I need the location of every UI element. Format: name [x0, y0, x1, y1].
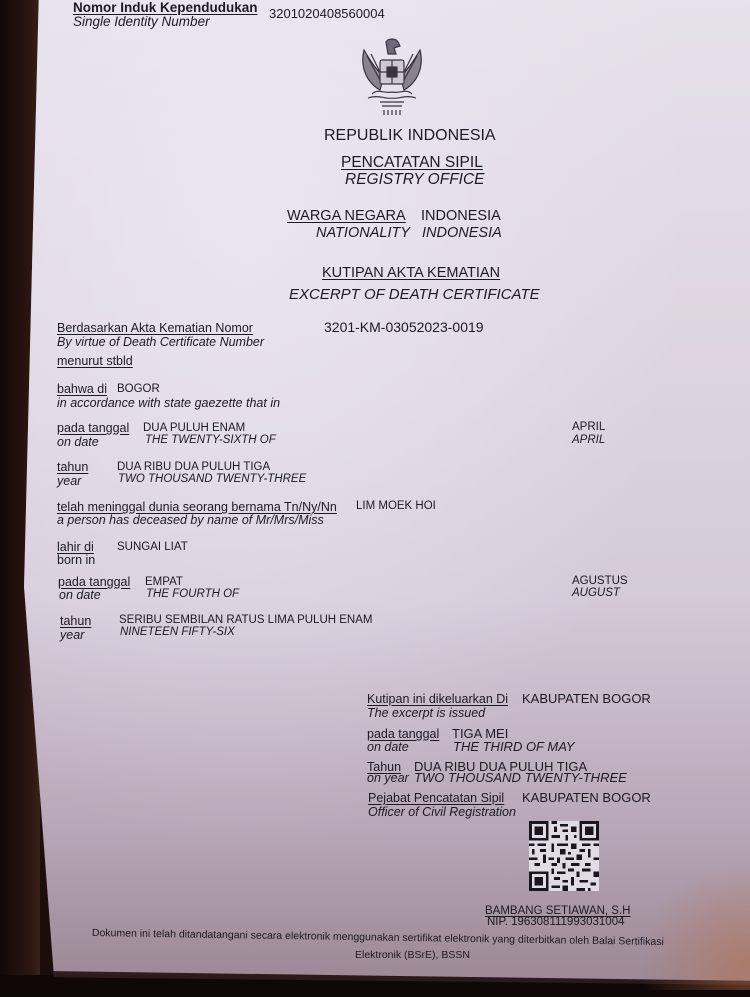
place-value: BOGOR — [117, 384, 160, 396]
birthplace-value: SUNGAI LIAT — [117, 542, 188, 554]
issued-label-en: The excerpt is issued — [367, 707, 485, 720]
birth-date-label: pada tanggal — [58, 576, 130, 589]
footer-esign-note-line2: Elektronik (BSrE), BSSN — [355, 950, 470, 961]
nik-label-en: Single Identity Number — [73, 15, 210, 29]
officer-value: KABUPATEN BOGOR — [522, 791, 651, 804]
office-title-en: REGISTRY OFFICE — [345, 172, 485, 188]
nationality-label: WARGA NEGARA — [287, 209, 406, 224]
issue-year-label-en: on year — [367, 772, 409, 785]
death-year-value: DUA RIBU DUA PULUH TIGA — [117, 462, 270, 474]
death-date-label: pada tanggal — [57, 422, 129, 435]
certificate-paper — [24, 0, 750, 981]
death-month-value-en: APRIL — [572, 435, 605, 447]
cert-number-label: Berdasarkan Akta Kematian Nomor — [57, 322, 253, 335]
birth-month-value: AGUSTUS — [572, 576, 628, 588]
document-title: KUTIPAN AKTA KEMATIAN — [322, 266, 500, 281]
garuda-pancasila-emblem-icon — [358, 36, 426, 118]
deceased-name-label: telah meninggal dunia seorang bernama Tn… — [57, 501, 337, 514]
cert-number-label-en: By virtue of Death Certificate Number — [57, 336, 264, 349]
country-title: REPUBLIK INDONESIA — [324, 128, 496, 144]
place-label: bahwa di — [57, 383, 107, 396]
nik-label: Nomor Induk Kependudukan — [73, 1, 258, 15]
birth-date-label-en: on date — [59, 589, 101, 602]
signer-nip: NIP. 196308111993031004 — [487, 917, 625, 929]
nik-value: 3201020408560004 — [269, 7, 385, 20]
officer-label-en: Officer of Civil Registration — [368, 806, 516, 819]
birthplace-label: lahir di — [57, 541, 94, 554]
issued-value: KABUPATEN BOGOR — [522, 692, 651, 705]
issued-label: Kutipan ini dikeluarkan Di — [367, 693, 508, 706]
birth-day-value-en: THE FOURTH OF — [146, 589, 239, 601]
birth-year-value: SERIBU SEMBILAN RATUS LIMA PULUH ENAM — [119, 615, 372, 627]
issue-year-value-en: TWO THOUSAND TWENTY-THREE — [414, 771, 627, 784]
death-year-value-en: TWO THOUSAND TWENTY-THREE — [118, 474, 306, 486]
birth-year-value-en: NINETEEN FIFTY-SIX — [120, 627, 235, 639]
deceased-name-value: LIM MOEK HOI — [356, 501, 436, 513]
issue-date-label-en: on date — [367, 741, 409, 754]
office-title: PENCATATAN SIPIL — [341, 155, 483, 171]
qr-code-icon — [527, 821, 601, 891]
cert-number-value: 3201-KM-03052023-0019 — [324, 320, 484, 334]
document-title-en: EXCERPT OF DEATH CERTIFICATE — [289, 287, 540, 302]
issue-date-value-en: THE THIRD OF MAY — [453, 740, 575, 753]
death-day-value: DUA PULUH ENAM — [143, 423, 245, 435]
nationality-value-en: INDONESIA — [422, 226, 502, 241]
death-year-label: tahun — [57, 461, 88, 474]
birth-month-value-en: AUGUST — [572, 588, 620, 600]
death-month-value: APRIL — [572, 422, 605, 434]
birth-day-value: EMPAT — [145, 577, 183, 589]
birthplace-label-en: born in — [57, 554, 95, 567]
nationality-label-en: NATIONALITY — [316, 226, 410, 241]
death-day-value-en: THE TWENTY-SIXTH OF — [145, 435, 276, 447]
birth-year-label-en: year — [60, 629, 84, 642]
stbld-label: menurut stbld — [57, 355, 133, 368]
birth-year-label: tahun — [60, 615, 91, 628]
deceased-name-label-en: a person has deceased by name of Mr/Mrs/… — [57, 514, 324, 527]
nationality-value: INDONESIA — [421, 209, 501, 224]
officer-label: Pejabat Pencatatan Sipil — [368, 792, 504, 805]
death-year-label-en: year — [57, 475, 81, 488]
issue-date-label: pada tanggal — [367, 728, 439, 741]
death-date-label-en: on date — [57, 436, 99, 449]
place-label-en: in accordance with state gaezette that i… — [57, 397, 280, 410]
